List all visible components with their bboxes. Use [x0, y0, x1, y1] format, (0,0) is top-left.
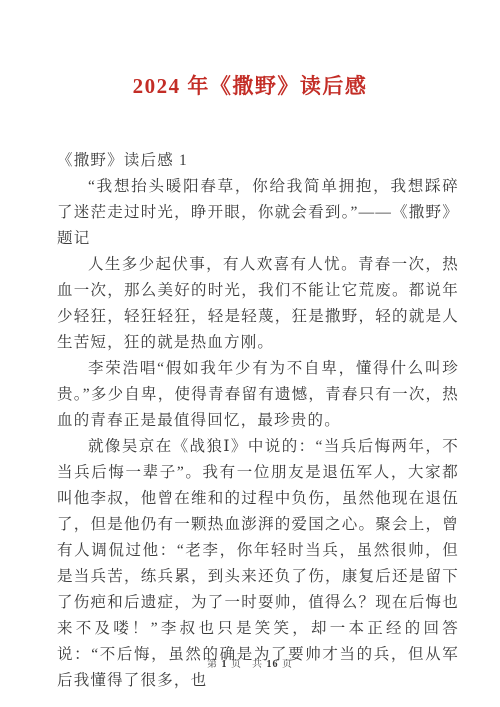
paragraph: 李荣浩唱“假如我年少有为不自卑，懂得什么叫珍贵。”多少自卑，使得青春留有遗憾，青… — [57, 356, 459, 434]
document-title: 2024 年《撒野》读后感 — [0, 0, 500, 100]
footer-total-pages: 16 — [267, 659, 279, 670]
section-heading: 《撒野》读后感 1 — [57, 148, 459, 174]
footer-total-prefix: 共 — [252, 659, 267, 670]
footer-total-suffix: 页 — [279, 659, 294, 670]
footer-page-prefix: 第 — [207, 659, 222, 670]
footer-page-suffix: 页 — [228, 659, 243, 670]
document-page: 2024 年《撒野》读后感 《撒野》读后感 1 “我想抬头暖阳春草，你给我简单拥… — [0, 0, 500, 707]
page-footer: 第 1 页共 16 页 — [0, 655, 500, 670]
paragraph: 人生多少起伏事，有人欢喜有人忧。青春一次，热血一次，那么美好的时光，我们不能让它… — [57, 252, 459, 356]
document-body: 《撒野》读后感 1 “我想抬头暖阳春草，你给我简单拥抱，我想踩碎了迷茫走过时光，… — [57, 148, 459, 694]
paragraph-epigraph: “我想抬头暖阳春草，你给我简单拥抱，我想踩碎了迷茫走过时光，睁开眼，你就会看到。… — [57, 174, 459, 252]
